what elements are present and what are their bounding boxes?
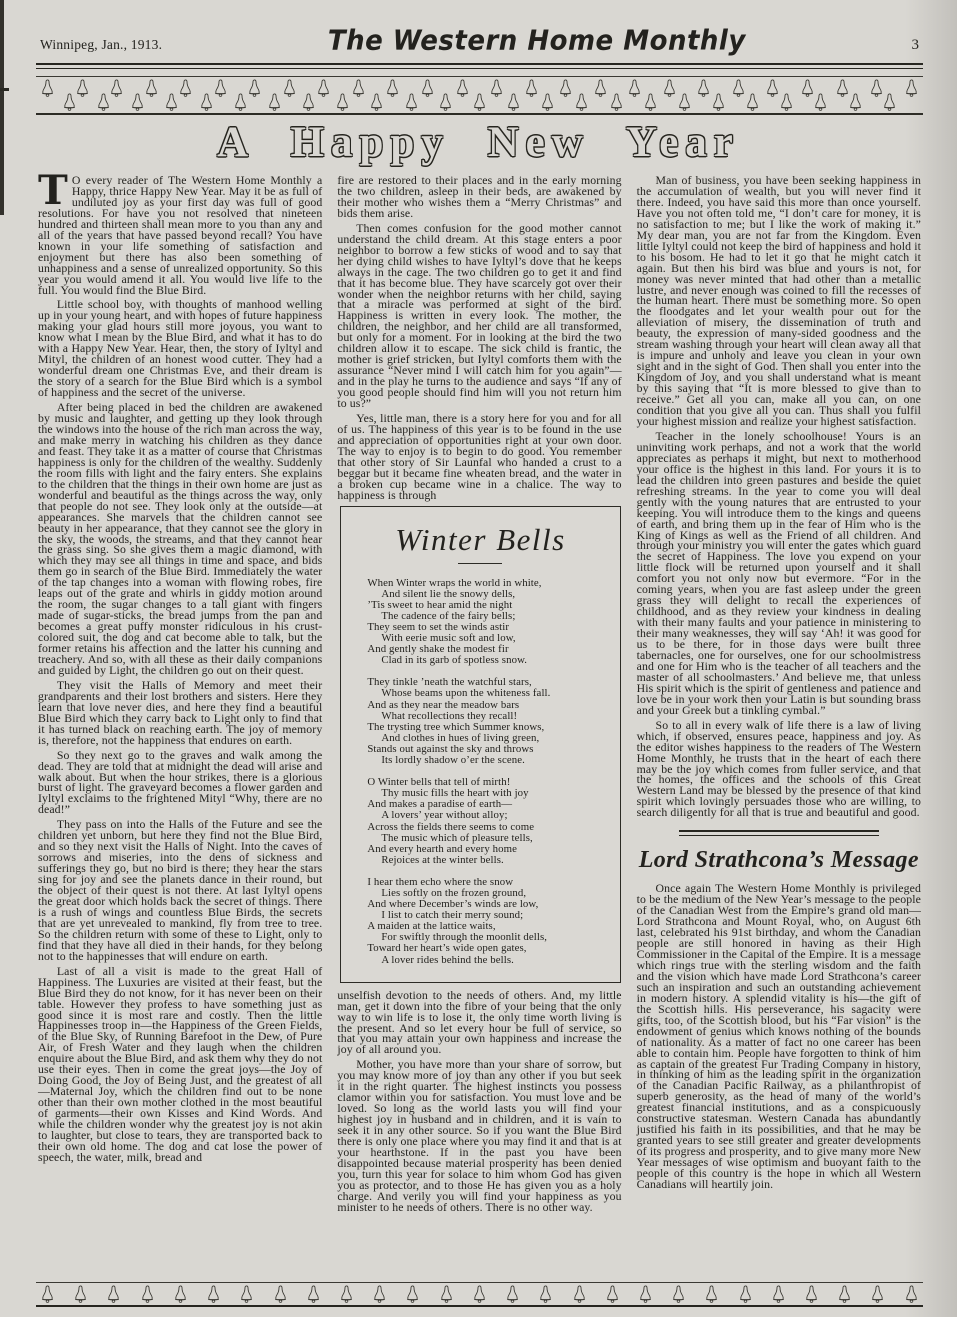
article-paragraph: So to all in every walk of life there is…: [637, 720, 921, 819]
poem-line: I list to catch their merry sound;: [367, 910, 609, 921]
poem-line: O Winter bells that tell of mirth!: [367, 777, 609, 788]
article-paragraph: unselfish devotion to the needs of other…: [337, 990, 621, 1056]
bell-outline-icon: [696, 79, 711, 97]
article-paragraph: Mother, you have more than your share of…: [337, 1059, 621, 1212]
poem-line: What recollections they recall!: [367, 711, 609, 722]
bell-outline-icon: [572, 1285, 587, 1303]
page-number: 3: [912, 37, 920, 54]
bell-outline-icon: [771, 1285, 786, 1303]
bell-outline-icon: [605, 1285, 620, 1303]
poem-line: I hear them echo where the snow: [367, 877, 609, 888]
bell-outline-icon: [173, 1285, 188, 1303]
bell-outline-icon: [677, 93, 692, 111]
bell-outline-icon: [282, 79, 297, 97]
poem-title: Winter Bells: [351, 523, 609, 557]
bell-outline-icon: [316, 79, 331, 97]
scan-artifact: [0, 0, 4, 215]
bell-outline-icon: [239, 1285, 254, 1303]
article-paragraph: Last of all a visit is made to the great…: [38, 966, 322, 1163]
bell-outline-icon: [505, 1285, 520, 1303]
bell-outline-icon: [372, 1285, 387, 1303]
bell-border-bottom: [36, 1282, 923, 1307]
bell-outline-icon: [609, 93, 624, 111]
poem-line: ’Tis sweet to hear amid the night: [367, 600, 609, 611]
bell-outline-icon: [738, 1285, 753, 1303]
poem-line: And where December’s winds are low,: [367, 899, 609, 910]
poem-line: And clothes in hues of living green,: [367, 733, 609, 744]
article-columns: TO every reader of The Western Home Mont…: [0, 173, 957, 1278]
poem-line: Whose beams upon the whiteness fall.: [367, 688, 609, 699]
article-paragraph: TO every reader of The Western Home Mont…: [38, 175, 322, 295]
bell-border-top: [36, 76, 923, 115]
bell-outline-icon: [540, 93, 555, 111]
bell-outline-icon: [472, 1285, 487, 1303]
poem-divider: [458, 563, 502, 564]
bell-outline-icon: [455, 79, 470, 97]
bell-outline-icon: [813, 93, 828, 111]
poem-line: Toward her heart’s wide open gates,: [367, 943, 609, 954]
article-paragraph: Once again The Western Home Monthly is p…: [637, 883, 921, 1190]
bell-outline-icon: [96, 93, 111, 111]
article-paragraph: Man of business, you have been seeking h…: [637, 175, 921, 427]
masthead-title: The Western Home Monthly: [328, 25, 746, 57]
bell-outline-icon: [306, 1285, 321, 1303]
bell-outline-icon: [369, 93, 384, 111]
bell-outline-icon: [524, 79, 539, 97]
bell-outline-icon: [339, 1285, 354, 1303]
poem-line: The music which of pleasure tells,: [367, 833, 609, 844]
poem-line: For swiftly through the moonlit dells,: [367, 932, 609, 943]
bell-outline-icon: [506, 93, 521, 111]
bell-outline-icon: [662, 79, 677, 97]
bell-outline-icon: [405, 1285, 420, 1303]
bell-outline-icon: [745, 93, 760, 111]
article-paragraph: Little school boy, with thoughts of manh…: [38, 299, 322, 398]
bell-outline-icon: [882, 93, 897, 111]
bell-outline-icon: [574, 93, 589, 111]
bell-outline-icon: [671, 1285, 686, 1303]
paragraph-text: O every reader of The Western Home Month…: [38, 173, 322, 297]
bell-outline-icon: [233, 93, 248, 111]
poem-line: When Winter wraps the world in white,: [367, 578, 609, 589]
article-paragraph: They visit the Halls of Memory and meet …: [38, 680, 322, 746]
bell-outline-icon: [779, 93, 794, 111]
bell-outline-icon: [489, 79, 504, 97]
article-paragraph: Yes, little man, there is a story here f…: [337, 413, 621, 501]
bell-outline-icon: [848, 93, 863, 111]
poem-line: Across the fields there seems to come: [367, 822, 609, 833]
bell-outline-icon: [904, 1285, 919, 1303]
header-rule: [36, 63, 923, 69]
bell-outline-icon: [144, 79, 159, 97]
bell-outline-icon: [593, 79, 608, 97]
bell-outline-icon: [106, 1285, 121, 1303]
newspaper-page: Winnipeg, Jan., 1913. The Western Home M…: [0, 0, 957, 1317]
masthead-row: Winnipeg, Jan., 1913. The Western Home M…: [40, 26, 919, 56]
poem-box: Winter Bells When Winter wraps the world…: [340, 506, 620, 983]
article-paragraph: After being placed in bed the children a…: [38, 402, 322, 676]
bell-outline-icon: [301, 93, 316, 111]
bell-outline-icon: [199, 93, 214, 111]
bell-outline-icon: [438, 93, 453, 111]
poem-stanza: When Winter wraps the world in white, An…: [367, 578, 609, 667]
bell-outline-icon: [870, 1285, 885, 1303]
bell-outline-icon: [704, 1285, 719, 1303]
poem-line: Lies softly on the frozen ground,: [367, 888, 609, 899]
poem-line: And silent lie the snowy dells,: [367, 589, 609, 600]
poem-line: The trysting tree which Summer knows,: [367, 722, 609, 733]
dateline: Winnipeg, Jan., 1913.: [40, 37, 162, 53]
bell-outline-icon: [439, 1285, 454, 1303]
article-paragraph: fire are restored to their places and in…: [337, 175, 621, 219]
poem-line: The cadence of the fairy bells;: [367, 611, 609, 622]
bell-outline-icon: [130, 93, 145, 111]
bell-outline-icon: [472, 93, 487, 111]
bell-outline-icon: [904, 79, 919, 97]
bell-outline-icon: [404, 93, 419, 111]
poem-line: And every hearth and every home: [367, 844, 609, 855]
bell-outline-icon: [731, 79, 746, 97]
bell-outline-icon: [420, 79, 435, 97]
poem-line: A lovers’ year without alloy;: [367, 810, 609, 821]
column-2: fire are restored to their places and in…: [337, 175, 621, 1278]
poem-line: And makes a paradise of earth—: [367, 799, 609, 810]
bell-outline-icon: [267, 93, 282, 111]
bell-border-row: [40, 93, 919, 111]
poem-line: A lover rides behind the bells.: [367, 955, 609, 966]
bell-outline-icon: [206, 1285, 221, 1303]
poem-line: They tinkle ’neath the watchful stars,: [367, 677, 609, 688]
article-paragraph: They pass on into the Halls of the Futur…: [38, 819, 322, 961]
bell-outline-icon: [351, 79, 366, 97]
section-divider: [679, 830, 879, 836]
bell-outline-icon: [711, 93, 726, 111]
bell-outline-icon: [164, 93, 179, 111]
scan-artifact: [0, 88, 9, 91]
bell-outline-icon: [837, 1285, 852, 1303]
column-3: Man of business, you have been seeking h…: [637, 175, 921, 1278]
poem-line: Clad in its garb of spotless snow.: [367, 655, 609, 666]
poem-stanza: I hear them echo where the snow Lies sof…: [367, 877, 609, 966]
bell-outline-icon: [40, 1285, 55, 1303]
poem-line: Its lordly shadow o’er the scene.: [367, 755, 609, 766]
poem-line: A maiden at the lattice waits,: [367, 921, 609, 932]
poem-line: They seem to set the winds astir: [367, 622, 609, 633]
poem-line: And as they near the meadow bars: [367, 700, 609, 711]
bell-outline-icon: [273, 1285, 288, 1303]
bell-outline-icon: [538, 1285, 553, 1303]
bell-outline-icon: [40, 79, 55, 97]
bell-outline-icon: [335, 93, 350, 111]
column-1: TO every reader of The Western Home Mont…: [38, 175, 322, 1278]
poem-line: And gently shake the modest fir: [367, 644, 609, 655]
bell-outline-icon: [140, 1285, 155, 1303]
poem-line: Stands out against the sky and throws: [367, 744, 609, 755]
drop-cap: T: [38, 175, 72, 206]
bell-outline-icon: [109, 79, 124, 97]
poem-stanza: They tinkle ’neath the watchful stars, W…: [367, 677, 609, 766]
bell-outline-icon: [247, 79, 262, 97]
bell-outline-icon: [73, 1285, 88, 1303]
bell-outline-icon: [178, 79, 193, 97]
bell-outline-icon: [643, 93, 658, 111]
bell-border-row: [40, 1285, 919, 1303]
bell-outline-icon: [638, 1285, 653, 1303]
section-heading: Lord Strathcona’s Message: [637, 846, 921, 874]
bell-outline-icon: [213, 79, 228, 97]
poem-line: With eerie music soft and low,: [367, 633, 609, 644]
bell-outline-icon: [558, 79, 573, 97]
poem-line: Rejoices at the winter bells.: [367, 855, 609, 866]
bell-outline-icon: [627, 79, 642, 97]
bell-outline-icon: [765, 79, 780, 97]
poem-line: Thy music fills the heart with joy: [367, 788, 609, 799]
article-title: A Happy New Year: [0, 119, 957, 167]
article-paragraph: So they next go to the graves and walk a…: [38, 750, 322, 816]
bell-outline-icon: [62, 93, 77, 111]
article-paragraph: Teacher in the lonely schoolhouse! Yours…: [637, 431, 921, 716]
article-paragraph: Then comes confusion for the good mother…: [337, 223, 621, 409]
bell-outline-icon: [385, 79, 400, 97]
bell-outline-icon: [804, 1285, 819, 1303]
poem-stanza: O Winter bells that tell of mirth! Thy m…: [367, 777, 609, 866]
